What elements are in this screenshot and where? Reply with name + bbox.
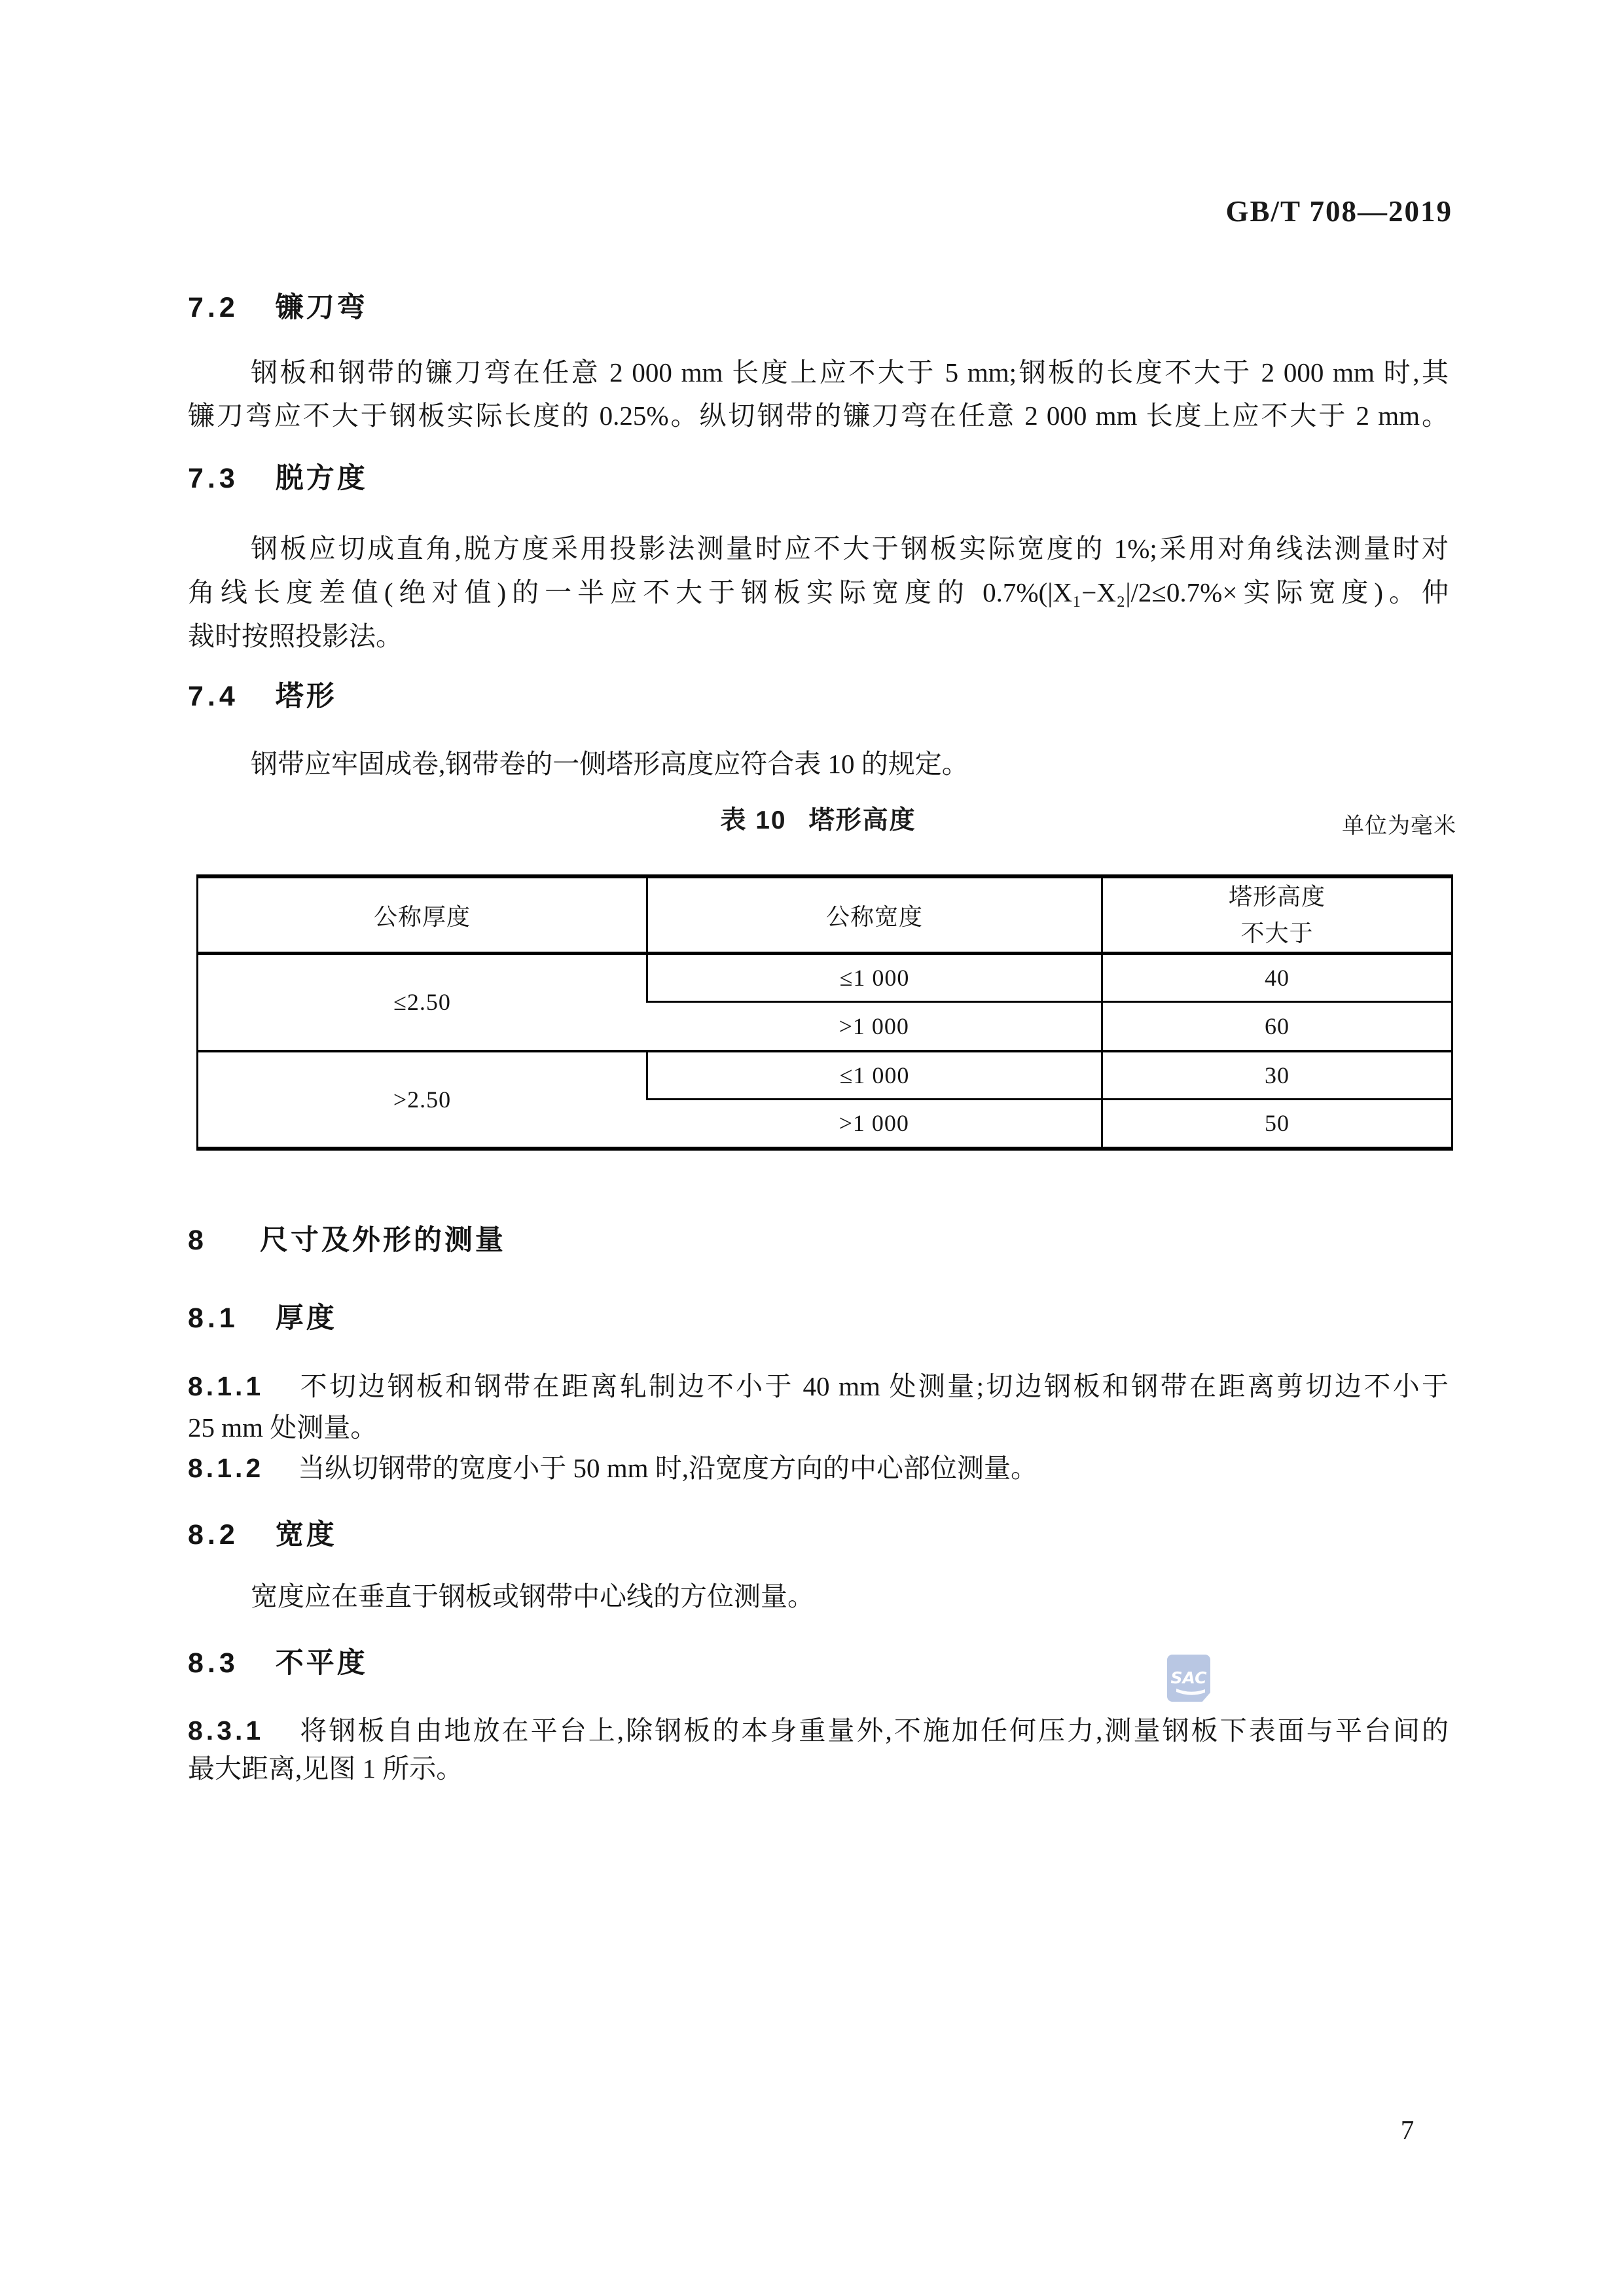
heading-7-4-number: 7.4 [188,681,239,712]
heading-8-2-title: 宽度 [276,1519,337,1551]
heading-8-3-number: 8.3 [188,1647,239,1679]
cell-width: ≤1 000 [647,954,1102,1002]
heading-7-3-number: 7.3 [188,463,239,494]
cell-tower-height: 30 [1102,1051,1453,1100]
paragraph-8-1-1-text: 不切边钢板和钢带在距离轧制边不小于 40 mm 处测量;切边钢板和钢带在距离剪切… [298,1371,1449,1401]
paragraph-8-1-1-number: 8.1.1 [188,1371,264,1401]
column-header-nominal-width: 公称宽度 [647,876,1102,954]
cell-tower-height: 50 [1102,1100,1453,1149]
paragraph-8-2-line1: 宽度应在垂直于钢板或钢带中心线的方位测量。 [188,1576,1449,1617]
table-10-caption-label: 表 10 [720,806,786,834]
table-row: ≤2.50 ≤1 000 40 [198,954,1453,1002]
heading-8-1-number: 8.1 [188,1302,239,1334]
heading-8-3-title: 不平度 [276,1647,368,1679]
heading-7-2-title: 镰刀弯 [276,292,368,323]
heading-8-1-title: 厚度 [276,1302,337,1334]
cell-width: ≤1 000 [647,1051,1102,1100]
paragraph-8-1-2-line1: 8.1.2当纵切钢带的宽度小于 50 mm 时,沿宽度方向的中心部位测量。 [188,1448,1449,1489]
heading-7-3: 7.3脱方度 [188,463,1449,494]
heading-8-title: 尺寸及外形的测量 [260,1225,506,1256]
column-header-tower-height-line1: 塔形高度 [1103,878,1451,915]
paragraph-8-3-1-text: 将钢板自由地放在平台上,除钢板的本身重量外,不施加任何压力,测量钢板下表面与平台… [298,1715,1449,1746]
heading-7-4: 7.4塔形 [188,681,1449,712]
paragraph-8-1-2-number: 8.1.2 [188,1453,264,1483]
page-number: 7 [1388,2114,1427,2145]
table-header-row: 公称厚度 公称宽度 塔形高度 不大于 [198,876,1453,954]
cell-tower-height: 40 [1102,954,1453,1002]
heading-7-3-title: 脱方度 [276,463,368,494]
cell-width: >1 000 [647,1002,1102,1051]
column-header-nominal-thickness: 公称厚度 [198,876,647,954]
table-10-caption-title: 塔形高度 [809,806,916,834]
table-10-tower-height: 公称厚度 公称宽度 塔形高度 不大于 ≤2.50 ≤1 000 40 >1 00… [196,874,1453,1151]
paragraph-8-1-2-text: 当纵切钢带的宽度小于 50 mm 时,沿宽度方向的中心部位测量。 [298,1453,1038,1483]
table-10-unit-note: 单位为毫米 [1342,814,1456,840]
paragraph-8-3-1-line1: 8.3.1将钢板自由地放在平台上,除钢板的本身重量外,不施加任何压力,测量钢板下… [188,1711,1449,1750]
paragraph-7-4-line1: 钢带应牢固成卷,钢带卷的一侧塔形高度应符合表 10 的规定。 [188,742,1449,785]
document-page: GB/T 708—2019 7.2镰刀弯 钢板和钢带的镰刀弯在任意 2 000 … [0,0,1624,2296]
heading-8-2: 8.2宽度 [188,1520,1449,1551]
heading-8-2-number: 8.2 [188,1519,239,1551]
paragraph-7-3-line1: 钢板应切成直角,脱方度采用投影法测量时应不大于钢板实际宽度的 1%;采用对角线法… [188,527,1449,570]
paragraph-8-3-1-number: 8.3.1 [188,1715,264,1746]
column-header-tower-height-line2: 不大于 [1103,915,1451,952]
heading-7-2: 7.2镰刀弯 [188,293,1449,323]
paragraph-7-2-line1: 钢板和钢带的镰刀弯在任意 2 000 mm 长度上应不大于 5 mm;钢板的长度… [188,351,1449,394]
paragraph-7-2-line2: 镰刀弯应不大于钢板实际长度的 0.25%。纵切钢带的镰刀弯在任意 2 000 m… [188,394,1449,437]
cell-width: >1 000 [647,1100,1102,1149]
column-header-tower-height: 塔形高度 不大于 [1102,876,1453,954]
paragraph-8-1-1-line1: 8.1.1不切边钢板和钢带在距离轧制边不小于 40 mm 处测量;切边钢板和钢带… [188,1366,1449,1407]
table-10-caption: 表 10塔形高度 [188,805,1449,836]
heading-7-4-title: 塔形 [276,681,337,712]
cell-thickness-group1: ≤2.50 [198,954,647,1051]
paragraph-8-1-1-line2: 25 mm 处测量。 [188,1407,1449,1448]
cell-tower-height: 60 [1102,1002,1453,1051]
standard-code: GB/T 708—2019 [1226,194,1453,228]
table-row: >2.50 ≤1 000 30 [198,1051,1453,1100]
heading-8-1: 8.1厚度 [188,1303,1449,1334]
heading-7-2-number: 7.2 [188,292,239,323]
heading-8: 8尺寸及外形的测量 [188,1225,1449,1256]
cell-thickness-group2: >2.50 [198,1051,647,1149]
paragraph-7-3-line2: 角线长度差值(绝对值)的一半应不大于钢板实际宽度的 0.7%(|X₁−X₂|/2… [188,571,1449,614]
paragraph-8-3-1-line2: 最大距离,见图 1 所示。 [188,1749,1449,1788]
heading-8-3: 8.3不平度 [188,1648,1449,1679]
heading-8-number: 8 [188,1225,208,1256]
paragraph-7-3-line3: 裁时按照投影法。 [188,615,1449,658]
